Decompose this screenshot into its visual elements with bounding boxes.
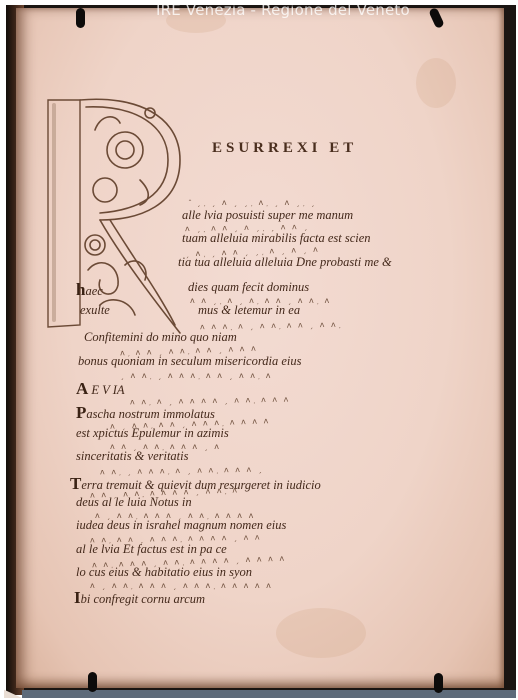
clip-top-left bbox=[76, 8, 85, 28]
text-line: iudea deus in israhel magnum nomen eius bbox=[76, 518, 286, 533]
decorated-initial-r-icon bbox=[40, 95, 190, 335]
text-line: haec bbox=[76, 280, 103, 300]
text-line: alle lvia posuisti super me manum bbox=[182, 208, 353, 223]
capital-letter: I bbox=[74, 588, 81, 607]
text-line: sinceritatis & veritatis bbox=[76, 449, 189, 464]
text-line: dies quam fecit dominus bbox=[188, 280, 309, 295]
text-line: Ibi confregit cornu arcum bbox=[74, 588, 205, 608]
neume-row: ʌ ʌ ˏ ʌ ʌ ᷊ ʌ ʌ ʌ ˏ ʌ bbox=[110, 442, 221, 451]
clip-bottom-left bbox=[88, 672, 97, 692]
capital-letter: h bbox=[76, 280, 85, 299]
capital-letter: T bbox=[70, 474, 81, 493]
capital-letter: P bbox=[76, 403, 86, 422]
text-line: tuam alleluia mirabilis facta est scien bbox=[182, 231, 371, 246]
neume-row: ꜙ ˏ ᷊ ˏ ʌ ˏ ˏ ᷊ ʌ ᷊ ˏ ʌ ˏ ᷊ ˏ bbox=[190, 198, 317, 207]
clip-bottom-right bbox=[434, 673, 443, 693]
neume-row: ˏ ʌ ʌ ᷊ ˏ ʌ ʌ ʌ ᷊ ʌ ʌ ˏ ʌ ʌ ᷊ ʌ bbox=[120, 371, 273, 380]
page-stain bbox=[276, 608, 366, 658]
chant-title: ESURREXI ET bbox=[212, 140, 357, 157]
text-line: Confitemini do mino quo niam bbox=[84, 330, 237, 345]
neume-row: ʌ ˏ ʌ ʌ ᷊ ʌ ʌ ʌ ˏ ʌ ʌ ʌ ᷊ ʌ ʌ ʌ ʌ ʌ bbox=[90, 581, 273, 590]
page-stain bbox=[416, 58, 456, 108]
capital-letter: A bbox=[76, 379, 88, 398]
neume-row: ʌ ˏ ʌ ʌ ᷊ ʌ ʌ ʌ ˏ ʌ ʌ ᷊ ʌ ʌ ʌ ʌ bbox=[95, 511, 255, 520]
neume-row: ʌ ʌ ˏ ᷊ ʌ ˏ ʌ ᷊ ʌ ʌ ˏ ʌ ʌ ᷊ ʌ bbox=[190, 296, 331, 305]
text-line: bonus quoniam in seculum misericordia ei… bbox=[78, 354, 301, 369]
text-line: A E V IA bbox=[76, 379, 125, 399]
text-line: exulte bbox=[80, 303, 110, 318]
text-line: mus & letemur in ea bbox=[198, 303, 300, 318]
watermark-text: IRE Venezia - Regione del Veneto bbox=[156, 1, 410, 19]
